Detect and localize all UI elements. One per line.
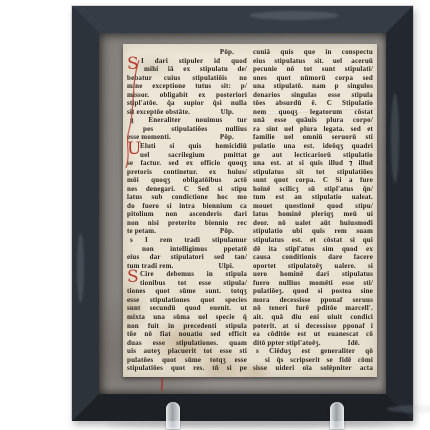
text-line: mouet questionē quod stipu/ bbox=[253, 202, 373, 211]
line-text: s Ciēduʒ est generaliter qō bbox=[256, 347, 373, 355]
line-text: mouet questionē quod stipu/ bbox=[253, 202, 373, 210]
line-text: nō teneri furē pditōe marcell'. bbox=[253, 304, 373, 312]
line-text: nem quoqʒ legatorum cōstat bbox=[253, 108, 373, 116]
text-line: sunt quot corpa. C Si a fure bbox=[253, 176, 373, 185]
line-text: poterit. at si decessisse pponaf i bbox=[253, 322, 373, 330]
line-text: tum est an stipulatio ualeat. bbox=[253, 193, 373, 201]
picture-frame: Pōp.SI dari stipuler id quodmihi iā ex s… bbox=[72, 6, 413, 421]
text-line: stipulatiōes quot res. tn̄ si pe bbox=[127, 364, 247, 373]
table-shadow bbox=[105, 421, 395, 428]
line-text: causa conditionis dare facere bbox=[253, 253, 373, 261]
line-text: s I rem tradi stipulamur bbox=[130, 236, 247, 244]
line-text: ea cōditōe est ut euanescat cō bbox=[253, 330, 373, 338]
text-line: una stipulatō. nam p singulos bbox=[253, 82, 373, 91]
line-text: deor. nō ualet aūt huiusmodi bbox=[253, 219, 373, 227]
text-line: ea cōditōe est ut euanescat cō bbox=[253, 330, 373, 339]
text-line: stipulatus sit tot stipulatiōes bbox=[253, 168, 373, 177]
text-line: s I rem tradi stipulamur bbox=[127, 236, 247, 245]
text-line: mine exceptione tutus sit: p/ bbox=[127, 82, 247, 91]
line-text: pulatōes quot sūme totqʒ esse bbox=[127, 356, 247, 364]
easel-stand-left bbox=[166, 402, 180, 429]
line-text: tōes absurdū ē. C Stipulatio bbox=[253, 99, 373, 107]
line-text: duas esse stipulationes. quam bbox=[127, 339, 247, 347]
gray-mat: Pōp.SI dari stipuler id quodmihi iā ex s… bbox=[99, 33, 386, 394]
jurist-attribution: Pōp. bbox=[220, 227, 234, 236]
line-text: g Eneraliter nouimus tur bbox=[130, 116, 247, 124]
line-text: se factur. sed ex officio quoqʒ bbox=[127, 159, 247, 167]
jurist-attribution: Idē. bbox=[348, 339, 360, 348]
text-line: ra sint uel plura legata. sed et bbox=[253, 125, 373, 134]
text-line: duas esse stipulationes. quam bbox=[127, 339, 247, 348]
text-line: ge aut lecticariorū stipulatio bbox=[253, 151, 373, 160]
frame-scuff bbox=[387, 405, 430, 413]
text-line: latus sub condictione hoc mo bbox=[127, 193, 247, 202]
line-text: do fuero si intra biennium ca bbox=[127, 202, 247, 210]
photo-of-framed-leaf: Pōp.SI dari stipuler id quodmihi iā ex s… bbox=[0, 0, 430, 430]
rubric-initial: S bbox=[127, 56, 139, 72]
line-text: stipulatio ubi quis rem suam bbox=[253, 227, 373, 235]
line-text: Eluti si quis homicidiū bbox=[140, 142, 247, 150]
text-line: bebatur cuius stipulatiōis no bbox=[127, 74, 247, 83]
line-text: eius stipulatus sit. uel aceruū bbox=[253, 57, 373, 65]
line-text: sunt quot corpa. C Si a fure bbox=[253, 176, 373, 184]
text-line: pes stipulatiōes nullius bbox=[127, 125, 247, 134]
line-text: eius dar stipulatori sed tan/ bbox=[127, 253, 247, 261]
line-text: bebatur cuius stipulatiōis no bbox=[127, 74, 247, 82]
red-ink-mark bbox=[161, 378, 163, 391]
text-line: pulatio una est. ideōqʒ quadri bbox=[253, 142, 373, 151]
line-text: pulatio una est. ideōqʒ quadri bbox=[253, 142, 373, 150]
incunabula-page: Pōp.SI dari stipuler id quodmihi iā ex s… bbox=[123, 44, 377, 377]
text-line: pulatōes quot sūme totqʒ esse bbox=[127, 356, 247, 365]
text-line: mōi quoqʒ obligatōibus actō bbox=[127, 176, 247, 185]
text-line: stipl'atōe. q̄a supior q̄si nulla bbox=[127, 99, 247, 108]
line-text: cuniā quis que in conspectu bbox=[253, 48, 373, 56]
text-line: s Ciēduʒ est generaliter qō bbox=[253, 347, 373, 356]
text-line: sunt secundū quod euenit. ut bbox=[127, 304, 247, 313]
line-text: tionibus tot esse stipula/ bbox=[140, 279, 247, 287]
text-line: pulatiōeʒ. quod si postea sine bbox=[253, 287, 373, 296]
text-line: familie uel omniū seruorū sti bbox=[253, 133, 373, 142]
line-text: latus sub condictione hoc mo bbox=[127, 193, 247, 201]
line-text: nes denegari. C Sed si stipu bbox=[127, 185, 247, 193]
jurist-attribution: Ulpi. bbox=[219, 262, 235, 271]
text-line: tum tradi rem.Ulpi. bbox=[127, 262, 247, 271]
text-line: do fuero si intra biennium ca bbox=[127, 202, 247, 211]
line-text: pecunie nō tot sunt stipulati/ bbox=[253, 65, 373, 73]
line-text: stipulatiōes quot res. tn̄ si pe bbox=[127, 364, 247, 372]
text-line: SCire debemus in stipula bbox=[127, 270, 247, 279]
line-text: Cire debemus in stipula bbox=[140, 270, 247, 278]
text-line: tōe nō fiat nouatio sed efficit bbox=[127, 330, 247, 339]
line-text: familie uel omniū seruorū sti bbox=[253, 133, 373, 141]
line-text: latus hominē pleriqʒ meū ui bbox=[253, 210, 373, 218]
text-line: mihi iā ex stipulatu de/ bbox=[127, 65, 247, 74]
text-line: ditō ppter stipl'atoēʒ.Idē. bbox=[253, 339, 373, 348]
line-text: sunt secundū quod euenit. ut bbox=[127, 304, 247, 312]
line-text: mora decessisse pponaf seruus bbox=[253, 296, 373, 304]
text-line: cuniā quis que in conspectu bbox=[253, 48, 373, 57]
line-text: una stipulatō. nam p singulos bbox=[253, 82, 373, 90]
text-line: mixta una sūma uel specie q̄ bbox=[127, 313, 247, 322]
line-text: I dari stipuler id quod bbox=[141, 57, 247, 65]
text-line: se factur. sed ex officio quoqʒ bbox=[127, 159, 247, 168]
text-line: fuero nullius momēti esse sti/ bbox=[253, 279, 373, 288]
line-text: unā esse quāuis plura corpo/ bbox=[253, 116, 373, 124]
line-text: stipulatus est. et cōstat si qui bbox=[253, 236, 373, 244]
text-line: causa conditionis dare facere bbox=[253, 253, 373, 262]
line-text: stipulatus sit tot stipulatiōes bbox=[253, 168, 373, 176]
line-text: mixta una sūma uel specie q̄ bbox=[127, 313, 247, 321]
rubric-initial: U bbox=[127, 141, 142, 157]
line-text: hoīnē scilicʒ sū stipl'atus q̄n/ bbox=[253, 185, 373, 193]
text-line: non nisi preterito biennio rec bbox=[127, 219, 247, 228]
line-text: pretoris continetur. ex huius/ bbox=[127, 168, 247, 176]
text-line: esse momenti.Pōp. bbox=[127, 133, 247, 142]
text-line: unā esse quāuis plura corpo/ bbox=[253, 116, 373, 125]
text-line: nes denegari. C Sed si stipu bbox=[127, 185, 247, 194]
text-line: te petam.Pōp. bbox=[127, 227, 247, 236]
text-line: pitolium non ascenderis dari bbox=[127, 210, 247, 219]
line-text: ge aut lecticariorū stipulatio bbox=[253, 151, 373, 159]
line-text: pes stipulatiōes nullius bbox=[143, 125, 247, 133]
line-text: uis auteʒ placuerit tot esse sti bbox=[127, 347, 247, 355]
line-text: pulatiōeʒ. quod si postea sine bbox=[253, 287, 373, 295]
text-line: Pōp. bbox=[127, 48, 247, 57]
text-line: nem quoqʒ legatorum cōstat bbox=[253, 108, 373, 117]
text-line: SI dari stipuler id quod bbox=[127, 57, 247, 66]
text-line: non fuit in precedenti stipula bbox=[127, 322, 247, 331]
frame-scuff bbox=[391, 93, 399, 183]
text-line: mora decessisse pponaf seruus bbox=[253, 296, 373, 305]
line-text: ones quot nūmorū corpa sed bbox=[253, 74, 373, 82]
line-text: uero hominē dari stipulatus bbox=[253, 270, 373, 278]
text-line: uis auteʒ placuerit tot esse sti bbox=[127, 347, 247, 356]
text-line: uero hominē dari stipulatus bbox=[253, 270, 373, 279]
line-text: mōi quoqʒ obligatōibus actō bbox=[127, 176, 247, 184]
line-text: pitolium non ascenderis dari bbox=[127, 210, 247, 218]
text-line: hoīnē scilicʒ sū stipl'atus q̄n/ bbox=[253, 185, 373, 194]
text-line: tiones quot sūme sunt. totqʒ bbox=[127, 287, 247, 296]
text-line: sit exceptōe obstāte.Ulp. bbox=[127, 108, 247, 117]
text-column-right: cuniā quis que in conspectueius stipulat… bbox=[253, 48, 373, 373]
text-line: pretoris continetur. ex huius/ bbox=[127, 168, 247, 177]
line-text: non fuit in precedenti stipula bbox=[127, 322, 247, 330]
line-text: tiones quot sūme sunt. totqʒ bbox=[127, 287, 247, 295]
line-text: non nisi preterito biennio rec bbox=[127, 219, 247, 227]
line-text: uel sacrilegium pmittat bbox=[140, 151, 247, 159]
text-line: UEluti si quis homicidiū bbox=[127, 142, 247, 151]
text-column-left: Pōp.SI dari stipuler id quodmihi iā ex s… bbox=[127, 48, 247, 373]
line-text: non intelligimus ppetatē bbox=[142, 245, 247, 253]
line-text: dē ita stipl'atus sim quod ex bbox=[253, 245, 373, 253]
line-text: ra sint uel plura legata. sed et bbox=[253, 125, 373, 133]
line-text: denarios singulas esse stipula bbox=[253, 91, 373, 99]
text-line: stipulatus est. et cōstat si qui bbox=[253, 236, 373, 245]
line-text: una est. at si quis illud ⁊ illud bbox=[253, 159, 373, 167]
text-line: poterit. at si decessisse pponaf i bbox=[253, 322, 373, 331]
text-line: non intelligimus ppetatē bbox=[127, 245, 247, 254]
text-line: latus hominē pleriqʒ meū ui bbox=[253, 210, 373, 219]
text-line: pecunie nō tot sunt stipulati/ bbox=[253, 65, 373, 74]
frame-scuff bbox=[249, 11, 339, 20]
text-line: oportet stipulatoēʒ ualere. si bbox=[253, 262, 373, 271]
easel-stand-right bbox=[330, 402, 344, 429]
line-text: fuero nullius momēti esse sti/ bbox=[253, 279, 373, 287]
frame-scuff bbox=[77, 233, 84, 303]
line-text: ait. quā diu eni uiuit condici bbox=[253, 313, 373, 321]
line-text: oportet stipulatoēʒ ualere. si bbox=[253, 262, 373, 270]
line-text: stipl'atōe. q̄a supior q̄si nulla bbox=[127, 99, 247, 107]
text-line: dē ita stipl'atus sim quod ex bbox=[253, 245, 373, 254]
text-line: denarios singulas esse stipula bbox=[253, 91, 373, 100]
text-line: esse stipulationes quot species bbox=[127, 296, 247, 305]
line-text: te petam. bbox=[127, 227, 156, 236]
text-line: ait. quā diu eni uiuit condici bbox=[253, 313, 373, 322]
text-line: sisse uideri oīa solēpniter acta bbox=[253, 364, 373, 373]
line-text: tōe nō fiat nouatio sed efficit bbox=[127, 330, 247, 338]
line-text: si q̄s scripserit se fidē cōmi bbox=[265, 356, 373, 364]
text-line: uel sacrilegium pmittat bbox=[127, 151, 247, 160]
text-line: g Eneraliter nouimus tur bbox=[127, 116, 247, 125]
line-text: missor. obligabit ex posteriori bbox=[127, 91, 247, 99]
line-text: mine exceptione tutus sit: p/ bbox=[127, 82, 247, 90]
text-line: missor. obligabit ex posteriori bbox=[127, 91, 247, 100]
text-line: nō teneri furē pditōe marcell'. bbox=[253, 304, 373, 313]
text-line: si q̄s scripserit se fidē cōmi bbox=[253, 356, 373, 365]
line-text: sisse uideri oīa solēpniter acta bbox=[253, 364, 373, 372]
text-line: tionibus tot esse stipula/ bbox=[127, 279, 247, 288]
rubric-initial: S bbox=[127, 269, 139, 285]
text-line: tum est an stipulatio ualeat. bbox=[253, 193, 373, 202]
text-line: eius stipulatus sit. uel aceruū bbox=[253, 57, 373, 66]
jurist-attribution: Pōp. bbox=[220, 133, 234, 142]
line-text: ditō ppter stipl'atoēʒ. bbox=[253, 339, 321, 348]
jurist-attribution: Pōp. bbox=[220, 48, 234, 57]
line-text: esse stipulationes quot species bbox=[127, 296, 247, 304]
text-line: una est. at si quis illud ⁊ illud bbox=[253, 159, 373, 168]
text-line: tōes absurdū ē. C Stipulatio bbox=[253, 99, 373, 108]
text-line: eius dar stipulatori sed tan/ bbox=[127, 253, 247, 262]
text-line: deor. nō ualet aūt huiusmodi bbox=[253, 219, 373, 228]
text-line: ones quot nūmorū corpa sed bbox=[253, 74, 373, 83]
line-text: mihi iā ex stipulatu de/ bbox=[144, 65, 247, 73]
text-line: stipulatio ubi quis rem suam bbox=[253, 227, 373, 236]
jurist-attribution: Ulp. bbox=[221, 108, 234, 117]
